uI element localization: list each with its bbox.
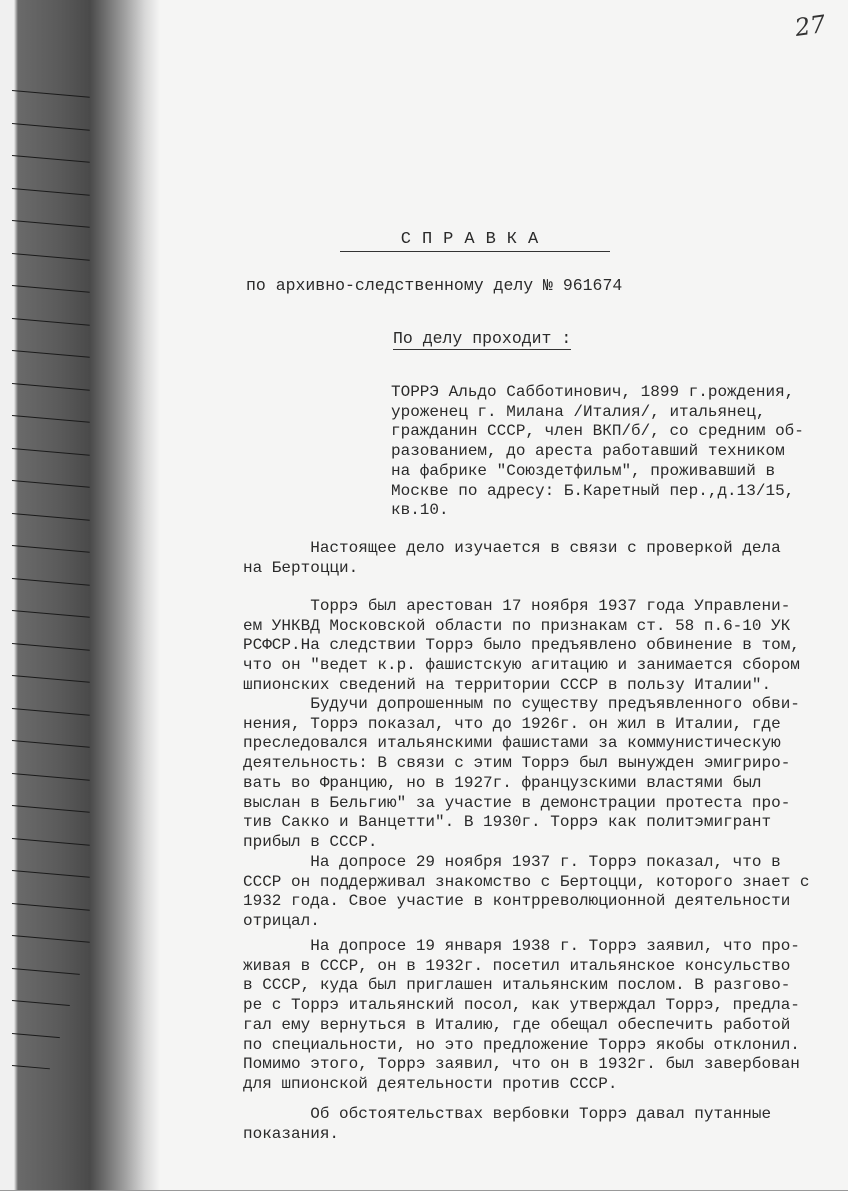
binding-stitches xyxy=(12,90,92,1090)
text-line: Помимо этого, Торрэ заявил, что он в 193… xyxy=(243,1055,843,1075)
stitch-line xyxy=(12,318,90,326)
text-line: Будучи допрошенным по существу предъявле… xyxy=(243,695,843,715)
stitch-line xyxy=(12,480,90,488)
paragraph-intro: Настоящее дело изучается в связи с прове… xyxy=(243,539,843,578)
text-line: Торрэ был арестован 17 ноября 1937 года … xyxy=(243,597,843,617)
stitch-line xyxy=(12,643,90,651)
binding-spine xyxy=(0,0,160,1190)
text-line: живая в СССР, он в 1932г. посетил италья… xyxy=(243,957,843,977)
stitch-line xyxy=(12,870,90,878)
stitch-line xyxy=(12,285,90,293)
text-line: преследовался итальянскими фашистами за … xyxy=(243,734,843,754)
text-line: для шпионской деятельности против СССР. xyxy=(243,1075,843,1095)
stitch-line xyxy=(12,773,90,781)
stitch-line xyxy=(12,968,80,975)
text-line: отрицал. xyxy=(243,912,843,932)
stitch-line xyxy=(12,838,90,846)
paragraph-testimony: Будучи допрошенным по существу предъявле… xyxy=(243,695,843,853)
text-line: уроженец г. Милана /Италия/, итальянец, xyxy=(391,403,841,423)
text-line: кв.10. xyxy=(391,501,841,521)
text-line: на Бертоцци. xyxy=(243,559,843,579)
text-line: РСФСР.На следствии Торрэ было предъявлен… xyxy=(243,636,843,656)
text-line: гал ему вернуться в Италию, где обещал о… xyxy=(243,1016,843,1036)
text-line: деятельность: В связи с этим Торрэ был в… xyxy=(243,754,843,774)
stitch-line xyxy=(12,578,90,586)
stitch-line xyxy=(12,220,90,228)
text-line: разованием, до ареста работавший технико… xyxy=(391,442,841,462)
stitch-line xyxy=(12,675,90,683)
passes-heading: По делу проходит : xyxy=(393,329,571,350)
text-line: по специальности, но это предложение Тор… xyxy=(243,1036,843,1056)
text-line: Москве по адресу: Б.Каретный пер.,д.13/1… xyxy=(391,482,841,502)
text-line: вать во Францию, но в 1927г. французским… xyxy=(243,774,843,794)
paragraph-interrogation-1937: На допросе 29 ноября 1937 г. Торрэ показ… xyxy=(243,853,843,932)
stitch-line xyxy=(12,903,90,911)
text-line: ТОРРЭ Альдо Сабботинович, 1899 г.рождени… xyxy=(391,383,841,403)
text-line: На допросе 19 января 1938 г. Торрэ заяви… xyxy=(243,937,843,957)
stitch-line xyxy=(12,448,90,456)
stitch-line xyxy=(12,383,90,391)
stitch-line xyxy=(12,513,90,521)
stitch-line xyxy=(12,610,90,618)
text-line: Об обстоятельствах вербовки Торрэ давал … xyxy=(243,1105,843,1125)
stitch-line xyxy=(12,253,90,261)
text-line: на фабрике "Союздетфильм", проживавший в xyxy=(391,462,841,482)
text-line: в СССР, куда был приглашен итальянским п… xyxy=(243,976,843,996)
text-line: гражданин СССР, член ВКП/б/, со средним … xyxy=(391,422,841,442)
case-reference: по архивно-следственному делу № 961674 xyxy=(246,276,622,295)
text-line: выслан в Бельгию" за участие в демонстра… xyxy=(243,794,843,814)
stitch-line xyxy=(12,188,90,196)
paragraph-recruitment: Об обстоятельствах вербовки Торрэ давал … xyxy=(243,1105,843,1144)
stitch-line xyxy=(12,90,90,98)
stitch-line xyxy=(12,350,90,358)
stitch-line xyxy=(12,1000,70,1006)
text-line: ем УНКВД Московской области по признакам… xyxy=(243,617,843,637)
scan-edge xyxy=(0,1190,848,1200)
text-line: прибыл в СССР. xyxy=(243,833,843,853)
text-line: нения, Торрэ показал, что до 1926г. он ж… xyxy=(243,715,843,735)
stitch-line xyxy=(12,415,90,423)
handwritten-page-number: 27 xyxy=(793,10,827,42)
text-line: тив Сакко и Ванцетти". В 1930г. Торрэ ка… xyxy=(243,813,843,833)
text-line: Настоящее дело изучается в связи с прове… xyxy=(243,539,843,559)
text-line: ре с Торрэ итальянский посол, как утверж… xyxy=(243,996,843,1016)
stitch-line xyxy=(12,1065,50,1069)
stitch-line xyxy=(12,545,90,553)
stitch-line xyxy=(12,935,90,943)
text-line: показания. xyxy=(243,1125,843,1145)
document-title: СПРАВКА xyxy=(340,230,610,252)
stitch-line xyxy=(12,708,90,716)
paragraph-arrest: Торрэ был арестован 17 ноября 1937 года … xyxy=(243,597,843,696)
text-line: СССР он поддерживал знакомство с Бертоцц… xyxy=(243,873,843,893)
stitch-line xyxy=(12,155,90,163)
text-line: 1932 года. Свое участие в контрреволюцио… xyxy=(243,892,843,912)
document-page: 27 СПРАВКА по архивно-следственному делу… xyxy=(0,0,848,1200)
stitch-line xyxy=(12,805,90,813)
text-line: На допросе 29 ноября 1937 г. Торрэ показ… xyxy=(243,853,843,873)
text-line: что он "ведет к.р. фашистскую агитацию и… xyxy=(243,656,843,676)
stitch-line xyxy=(12,740,90,748)
stitch-line xyxy=(12,1033,60,1038)
paragraph-interrogation-1938: На допросе 19 января 1938 г. Торрэ заяви… xyxy=(243,937,843,1095)
stitch-line xyxy=(12,123,90,131)
person-details: ТОРРЭ Альдо Сабботинович, 1899 г.рождени… xyxy=(391,383,841,521)
text-line: шпионских сведений на территории СССР в … xyxy=(243,676,843,696)
